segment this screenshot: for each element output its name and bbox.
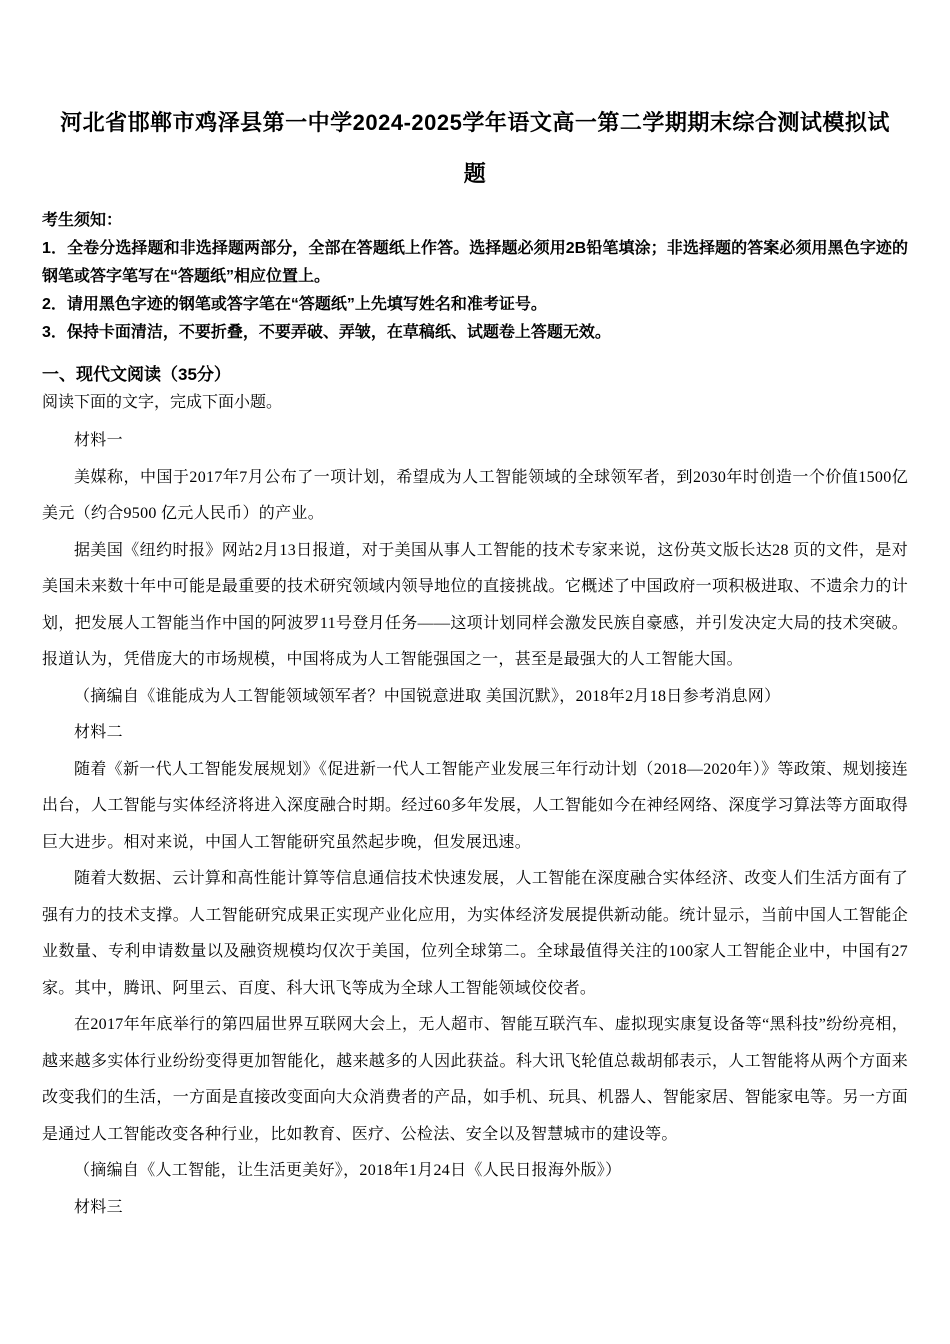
citation-material-2: （摘编自《人工智能，让生活更美好》，2018年1月24日《人民日报海外版》） [42, 1153, 908, 1190]
exam-paper-page: 河北省邯郸市鸡泽县第一中学2024-2025学年语文高一第二学期期末综合测试模拟… [0, 0, 950, 1344]
section-intro: 阅读下面的文字，完成下面小题。 [42, 389, 908, 417]
paragraph-policies: 随着《新一代人工智能发展规划》《促进新一代人工智能产业发展三年行动计划（2018… [42, 752, 908, 862]
examinee-notice: 考生须知： 1．全卷分选择题和非选择题两部分，全部在答题纸上作答。选择题必须用2… [42, 207, 908, 347]
material-2-label: 材料二 [42, 715, 908, 752]
material-3-label: 材料三 [42, 1190, 908, 1227]
notice-heading: 考生须知： [42, 207, 908, 235]
section-heading-modern-reading: 一、现代文阅读（35分） [42, 361, 908, 389]
paragraph-us-media-plan: 美媒称，中国于2017年7月公布了一项计划，希望成为人工智能领域的全球领军者，到… [42, 460, 908, 533]
notice-item-2: 2．请用黑色字迹的钢笔或答字笔在“答题纸”上先填写姓名和准考证号。 [42, 291, 908, 319]
paragraph-nyt-report: 据美国《纽约时报》网站2月13日报道，对于美国从事人工智能的技术专家来说，这份英… [42, 533, 908, 679]
page-title: 河北省邯郸市鸡泽县第一中学2024-2025学年语文高一第二学期期末综合测试模拟… [53, 98, 898, 199]
notice-item-3: 3．保持卡面清洁，不要折叠，不要弄破、弄皱，在草稿纸、试题卷上答题无效。 [42, 319, 908, 347]
paragraph-bigdata-industry: 随着大数据、云计算和高性能计算等信息通信技术快速发展，人工智能在深度融合实体经济… [42, 861, 908, 1007]
paragraph-internet-conference: 在2017年年底举行的第四届世界互联网大会上，无人超市、智能互联汽车、虚拟现实康… [42, 1007, 908, 1153]
notice-item-1: 1．全卷分选择题和非选择题两部分，全部在答题纸上作答。选择题必须用2B铅笔填涂；… [42, 235, 908, 291]
citation-material-1: （摘编自《谁能成为人工智能领域领军者？中国锐意进取 美国沉默》，2018年2月1… [42, 679, 908, 716]
material-1-label: 材料一 [42, 423, 908, 460]
